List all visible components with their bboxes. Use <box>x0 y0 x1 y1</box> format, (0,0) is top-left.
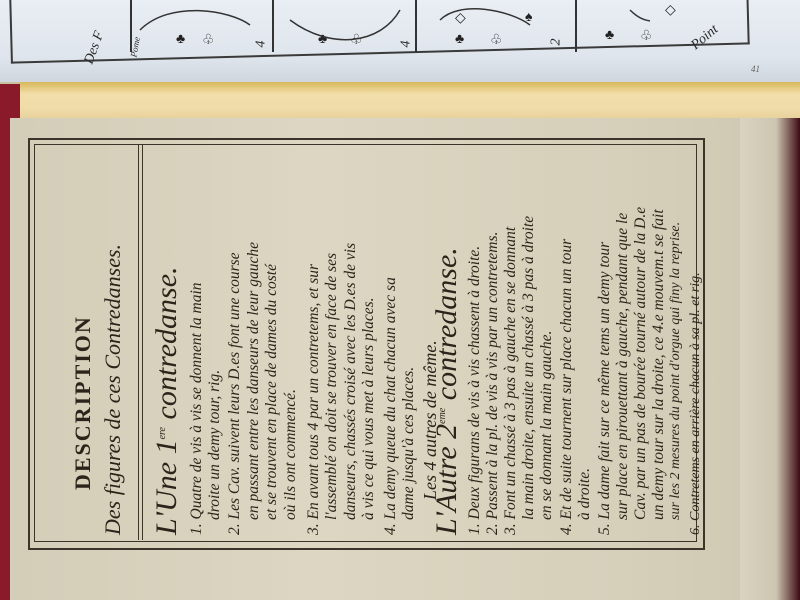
text-line: 5. La dame fait sur ce même tems un demy… <box>596 242 614 535</box>
gilt-page-edge <box>20 82 800 122</box>
text-line: à droite. <box>576 468 594 520</box>
text-line: la main droite, ensuite un chassé à 3 pa… <box>520 216 538 520</box>
text-line: 4. Et de suite tournent sur place chacun… <box>558 239 576 535</box>
text-line: 1. Deux figurans de vis à vis chassent à… <box>466 246 484 535</box>
page-curl-edge <box>740 118 800 600</box>
text-line: 3. En avant tous 4 par un contretems, et… <box>305 264 323 535</box>
text-line: en passant entre les danseurs de leur ga… <box>245 242 263 520</box>
text-line: en se donnant la main gauche. <box>538 331 556 520</box>
text-line: Cav. par un pas de bourée tourné autour … <box>632 207 650 520</box>
text-line: 3. Font un chassé à 3 pas à gauche en se… <box>502 227 520 535</box>
page-subtitle: Des figures de ces Contredanses. <box>100 244 126 535</box>
text-line: l'assemblé on doit se trouver en face de… <box>323 253 341 520</box>
text-line: 2. Les Cav. suivent leurs D.es font une … <box>226 252 244 535</box>
title-separator-rule <box>138 144 143 540</box>
text-line: un demy tour sur la droite, ce 4.e mouve… <box>650 209 668 520</box>
text-line: danseurs, chassés croisé avec les D.es d… <box>342 243 360 520</box>
section-heading-1: L'Une 1ere contredanse. <box>150 266 184 535</box>
text-line: où ils ont commencé. <box>282 389 300 520</box>
page-title: DESCRIPTION <box>70 315 96 490</box>
text-line: droite un demy tour, rig. <box>206 370 224 520</box>
section-heading-2: L'Autre 2eme contredanse. <box>430 247 464 535</box>
text-line: sur les 2 mesures du point d'orgue qui f… <box>668 222 684 520</box>
diamond-icon: ◇ <box>665 2 676 19</box>
text-line: 2. Passent à la pl. de vis à vis par un … <box>484 232 502 535</box>
text-line: sur place en pirouettant à gauche, penda… <box>614 213 632 520</box>
page-number: 41 <box>751 64 760 74</box>
text-line: 1. Quatre de vis à vis se donnent la mai… <box>188 282 206 535</box>
dance-path-curves <box>130 0 650 50</box>
facing-page-diagrams: Des F Pome 4 4 2 Point ♣ ♧ ♣ ♧ ♣ ♧ ♣ ♧ ◇… <box>0 0 800 84</box>
text-line: et se trouvent en place de dames du cost… <box>263 264 281 520</box>
text-line: dame jusqu'à ces places. <box>400 367 418 520</box>
text-line: 6. Contretems en arrière chacun à sa pl.… <box>688 272 704 535</box>
text-line: à vis ce qui vous met à leurs places. <box>360 297 378 520</box>
text-line: 4. La demy queue du chat chacun avec sa <box>382 277 400 535</box>
